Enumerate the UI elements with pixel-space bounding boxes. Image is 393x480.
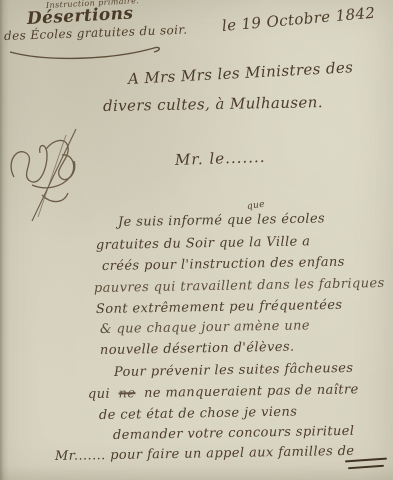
body-line: créés pour l'instruction des enfans: [102, 255, 345, 274]
recipient-line-2: divers cultes, à Mulhausen.: [103, 93, 323, 115]
body-line: demander votre concours spirituel: [113, 424, 355, 443]
letter-page: Instruction primaire. Désertions des Éco…: [0, 0, 393, 480]
body-line: qui ne ne manqueraient pas de naître: [88, 382, 359, 402]
closing-line: Mr....... pour faire un appel aux famill…: [55, 444, 355, 464]
struck-word: ne: [118, 386, 135, 401]
body-line: Pour prévenir les suites fâcheuses: [114, 361, 354, 380]
body-line: nouvelle désertion d'élèves.: [100, 340, 295, 358]
body-line: Sont extrêmement peu fréquentées: [96, 298, 343, 317]
salutation: Mr. le.......: [175, 148, 266, 169]
body-line: Je suis informé que les écoles: [118, 211, 325, 230]
annotation-underline-flourish: [2, 42, 172, 66]
body-line-part: ne manqueraient pas de naître: [144, 382, 359, 401]
interlinear-insertion: que: [246, 200, 265, 212]
emphasis-dash-bottom: [348, 465, 384, 470]
margin-signature-flourish: [2, 125, 92, 225]
body-line: gratuites du Soir que la Ville a: [96, 234, 311, 253]
body-line: & que chaque jour amène une: [100, 318, 310, 337]
body-line: de cet état de chose je viens: [99, 405, 298, 423]
dateline: le 19 Octobre 1842: [221, 4, 376, 35]
body-line-part: qui: [88, 387, 110, 402]
body-line: pauvres qui travaillent dans les fabriqu…: [94, 276, 385, 296]
